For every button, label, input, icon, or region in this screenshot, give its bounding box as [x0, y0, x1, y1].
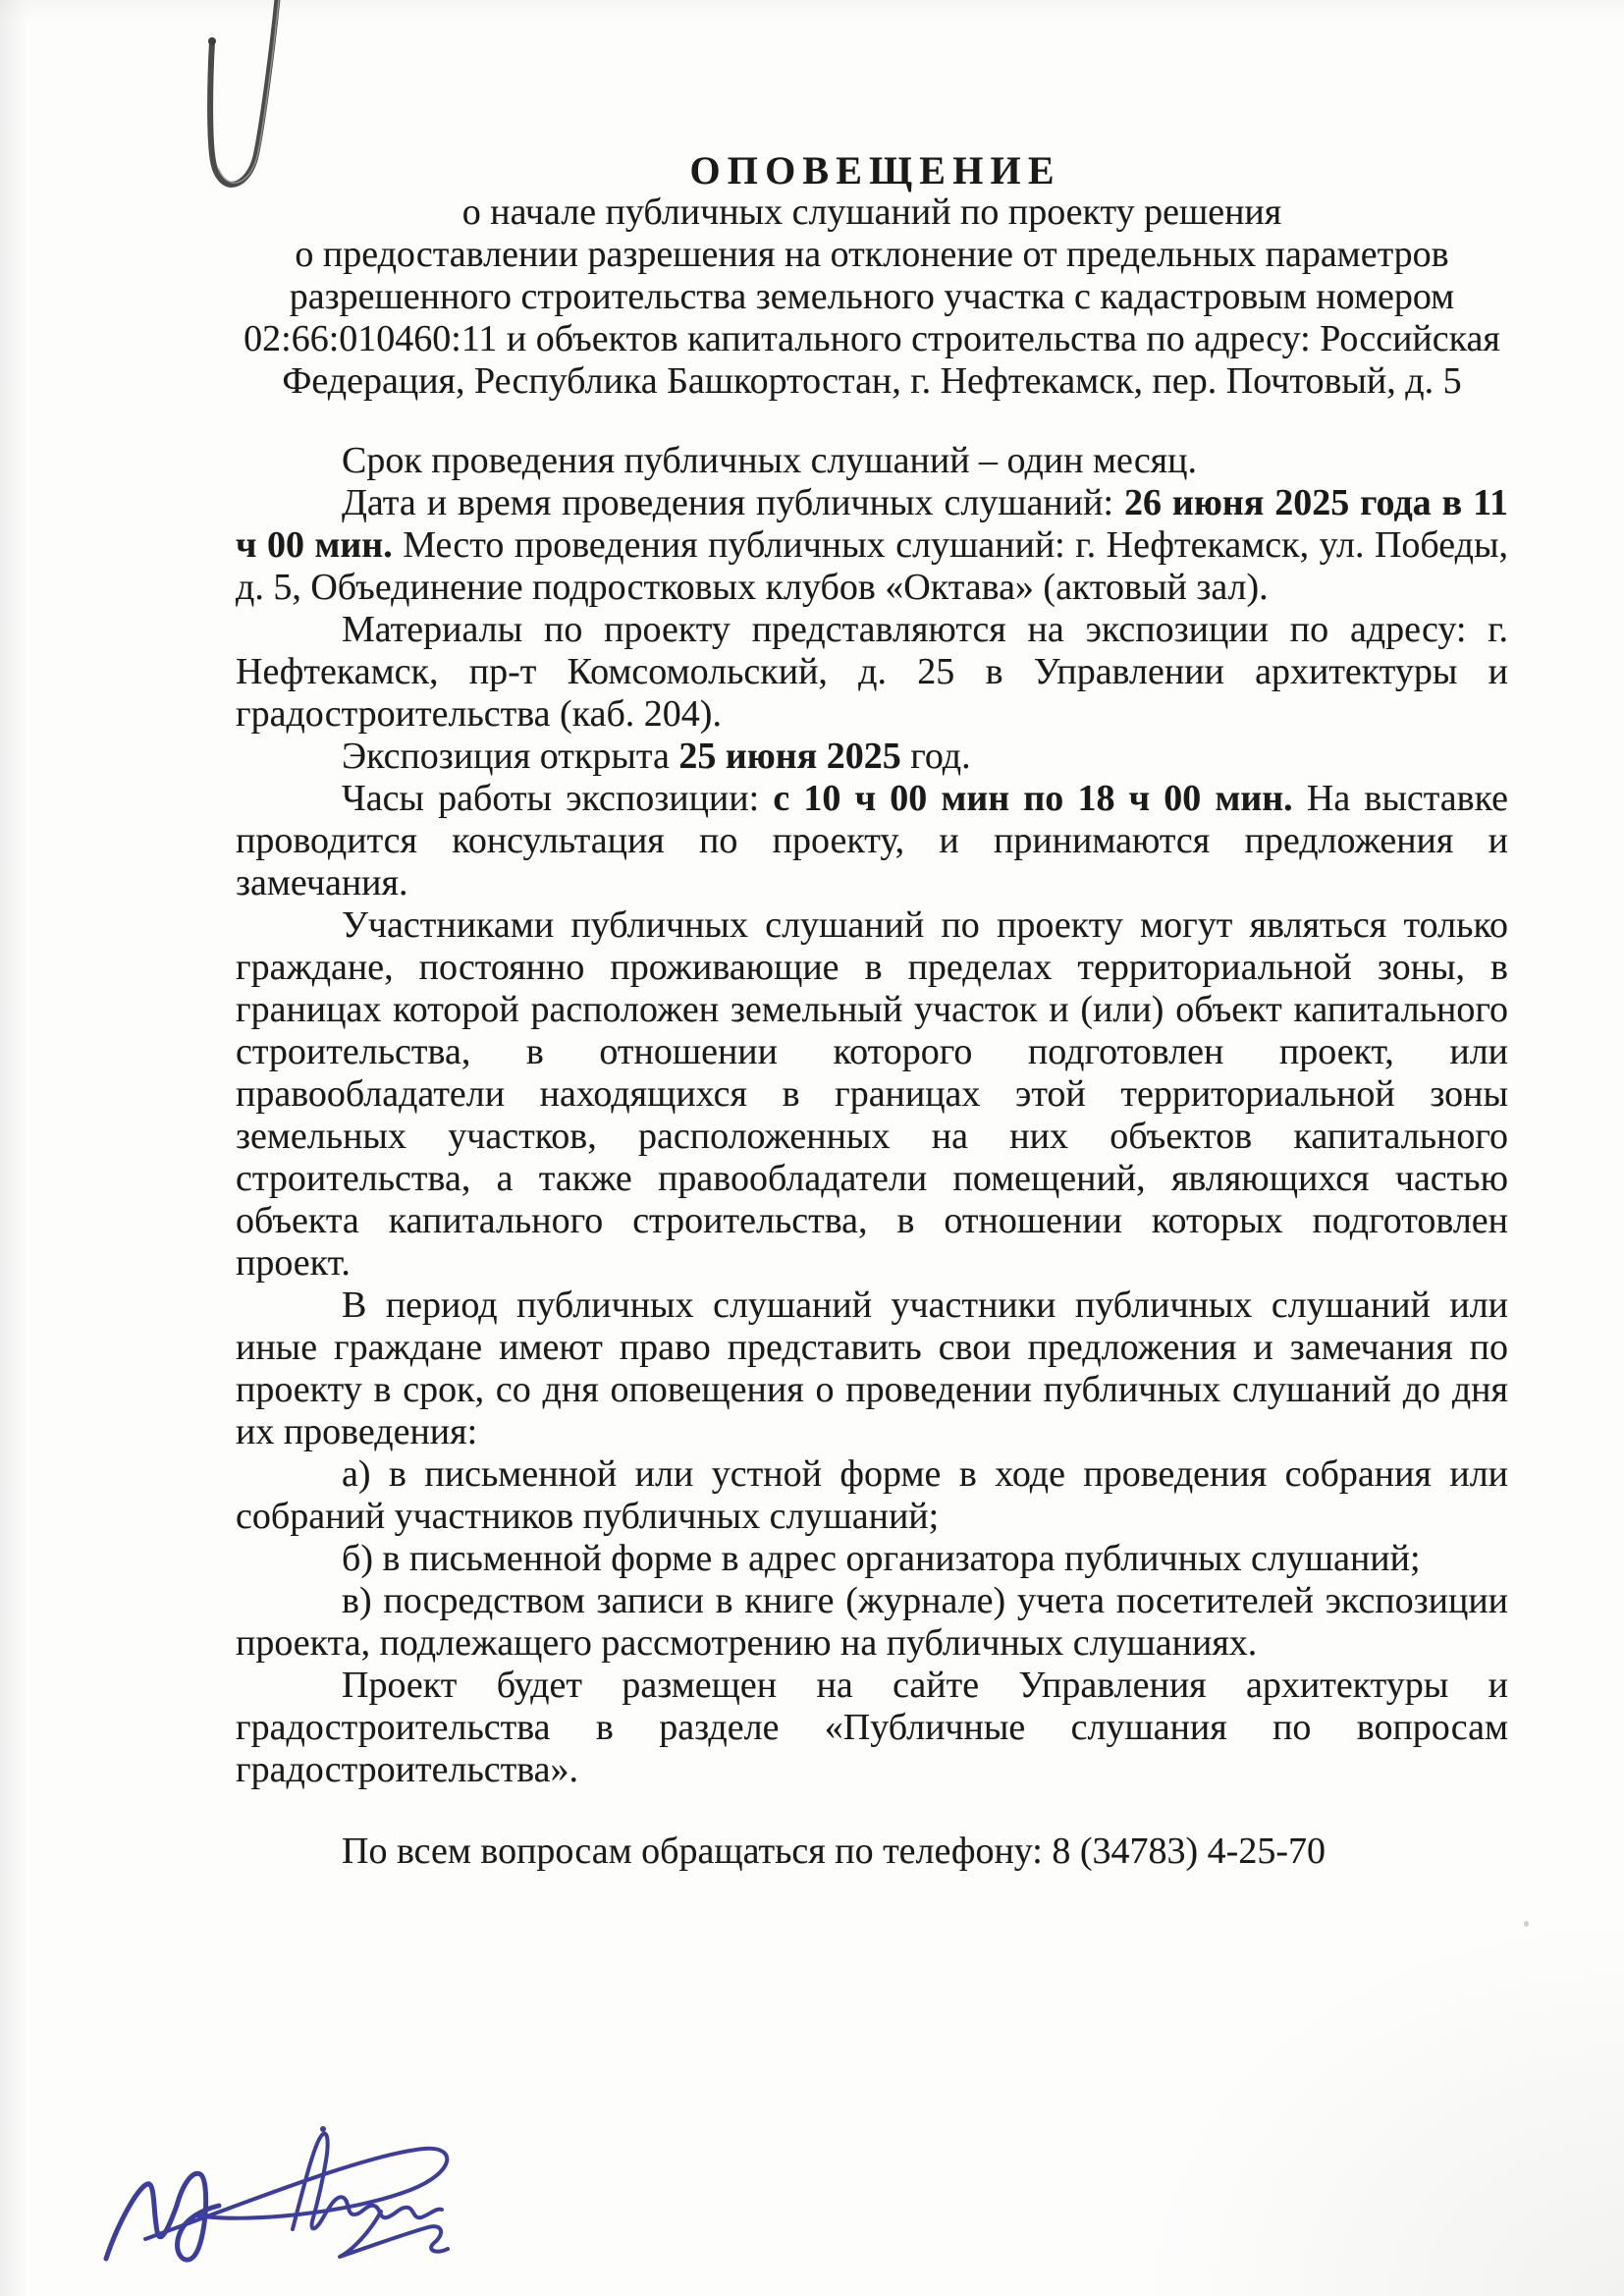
paragraph: Материалы по проекту представляются на э…	[236, 609, 1508, 736]
bold-text: 25 июня 2025	[678, 736, 900, 777]
text: Место проведения публичных слушаний: г. …	[236, 524, 1508, 608]
paragraph: Участниками публичных слушаний по проект…	[236, 904, 1508, 1285]
text: Дата и время проведения публичных слушан…	[342, 482, 1124, 523]
scanned-document-page: ОПОВЕЩЕНИЕ о начале публичных слушаний п…	[0, 0, 1624, 2296]
text: Срок проведения публичных слушаний – оди…	[342, 440, 1197, 481]
paragraph: Экспозиция открыта 25 июня 2025 год.	[236, 736, 1508, 778]
paragraph: Дата и время проведения публичных слушан…	[236, 482, 1508, 609]
paragraph: Часы работы экспозиции: с 10 ч 00 мин по…	[236, 778, 1508, 904]
paragraph: Проект будет размещен на сайте Управлени…	[236, 1665, 1508, 1791]
document-body: ОПОВЕЩЕНИЕ о начале публичных слушаний п…	[236, 149, 1508, 1873]
subtitle-line: 02:66:010460:11 и объектов капитального …	[236, 318, 1508, 360]
signature-icon	[86, 2113, 479, 2280]
paragraph: В период публичных слушаний участники пу…	[236, 1285, 1508, 1453]
text: в) посредством записи в книге (журнале) …	[236, 1580, 1508, 1664]
text: б) в письменной форме в адрес организато…	[342, 1538, 1421, 1579]
subtitle-line: о предоставлении разрешения на отклонени…	[236, 234, 1508, 276]
text: а) в письменной или устной форме в ходе …	[236, 1453, 1508, 1537]
document-paragraphs: Срок проведения публичных слушаний – оди…	[236, 440, 1508, 1791]
text: Материалы по проекту представляются на э…	[236, 609, 1508, 735]
document-subtitle: о начале публичных слушаний по проекту р…	[236, 191, 1508, 403]
subtitle-line: Федерация, Республика Башкортостан, г. Н…	[236, 360, 1508, 403]
subtitle-line: о начале публичных слушаний по проекту р…	[236, 191, 1508, 234]
text: Проект будет размещен на сайте Управлени…	[236, 1665, 1508, 1790]
paragraph: в) посредством записи в книге (журнале) …	[236, 1580, 1508, 1665]
text: год.	[901, 736, 971, 777]
document-title: ОПОВЕЩЕНИЕ	[236, 149, 1508, 191]
paragraph: б) в письменной форме в адрес организато…	[236, 1538, 1508, 1580]
subtitle-line: разрешенного строительства земельного уч…	[236, 276, 1508, 318]
paragraph: а) в письменной или устной форме в ходе …	[236, 1453, 1508, 1538]
paragraph: Срок проведения публичных слушаний – оди…	[236, 440, 1508, 482]
text: Участниками публичных слушаний по проект…	[236, 904, 1508, 1284]
text: В период публичных слушаний участники пу…	[236, 1285, 1508, 1452]
scan-speck	[1524, 1921, 1529, 1927]
text: Часы работы экспозиции:	[342, 778, 773, 819]
phone-line: По всем вопросам обращаться по телефону:…	[236, 1831, 1508, 1873]
text: Экспозиция открыта	[342, 736, 678, 777]
bold-text: с 10 ч 00 мин по 18 ч 00 мин.	[773, 778, 1292, 819]
